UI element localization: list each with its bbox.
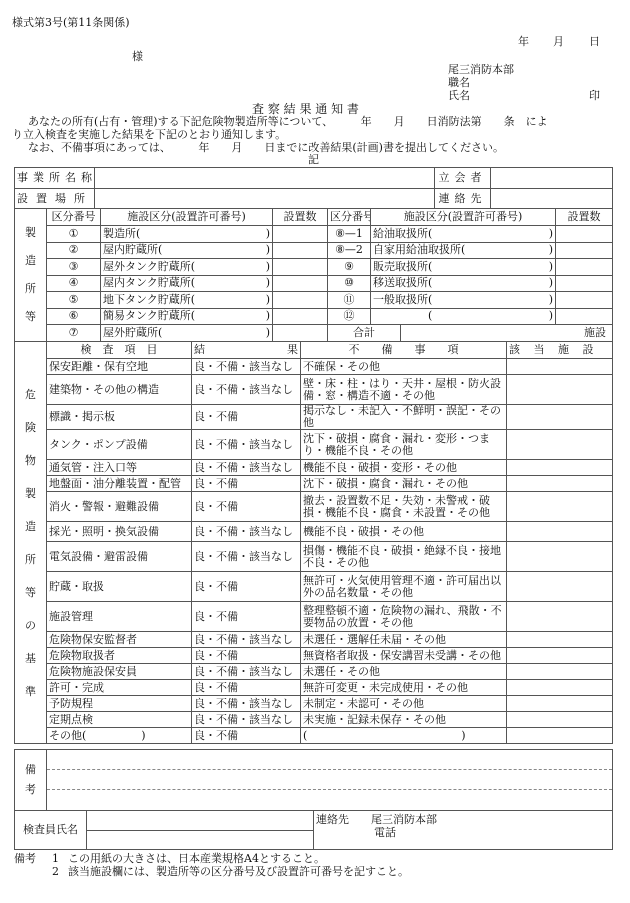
inspector-label: 検査員氏名 <box>15 811 87 850</box>
facility-name[interactable]: 自家用給油取扱所() <box>371 242 556 259</box>
defect-options[interactable]: 未選任・選解任未届・その他 <box>301 632 507 648</box>
facility-num: ⑫ <box>328 308 371 325</box>
col-defects-header: 不 備 事 項 <box>301 342 507 359</box>
col-num-header: 区分番号 <box>47 209 101 226</box>
total-unit: 施設 <box>584 326 606 339</box>
result-options[interactable]: 良・不備・該当なし <box>192 664 301 680</box>
col-name-header-right: 施設区分(設置許可番号) <box>371 209 556 226</box>
facility-num: ⑪ <box>328 292 371 309</box>
item-label: その他( ) <box>47 728 192 744</box>
defect-options[interactable]: 機能不良・破損・変形・その他 <box>301 460 507 476</box>
inspector-name-field-1[interactable] <box>87 811 314 831</box>
issuer-title-label: 職名 <box>448 76 470 89</box>
facility-name[interactable]: () <box>371 308 556 325</box>
body-line-1: あなたの所有(占有・管理)する下記危険物製造所等について、 年 月 日消防法第 … <box>28 115 548 128</box>
facility-field[interactable] <box>507 476 613 492</box>
remarks-label: 備考 <box>15 750 47 811</box>
facility-name[interactable]: 簡易タンク貯蔵所() <box>101 308 273 325</box>
facility-field[interactable] <box>507 522 613 542</box>
remarks-table: 備考 <box>14 749 613 811</box>
facility-count[interactable] <box>273 242 328 259</box>
note-num: 2 <box>52 865 59 878</box>
facility-count[interactable] <box>556 242 613 259</box>
inspection-table: 危険物製造所等の基準 検 査 項 目 結果 不 備 事 項 該 当 施 設 保安… <box>14 341 613 744</box>
result-options[interactable]: 良・不備・該当なし <box>192 712 301 728</box>
facility-field[interactable] <box>507 664 613 680</box>
facility-name[interactable]: 屋外貯蔵所() <box>101 325 273 342</box>
col-name-header: 施設区分(設置許可番号) <box>101 209 273 226</box>
result-options[interactable]: 良・不備・該当なし <box>192 460 301 476</box>
facility-field[interactable] <box>507 728 613 744</box>
defect-options[interactable]: 整理整頓不適・危険物の漏れ、飛散・不要物品の放置・その他 <box>301 602 507 632</box>
location-label: 設置場所 <box>15 189 95 209</box>
contact-org: 尾三消防本部 <box>371 813 437 826</box>
defect-options[interactable]: 機能不良・破損・その他 <box>301 522 507 542</box>
contact-label: 連絡先 <box>316 813 349 826</box>
facility-num: ④ <box>47 275 101 292</box>
total-field[interactable]: 施設 <box>401 325 613 342</box>
remarks-field[interactable] <box>47 750 613 811</box>
facility-num: ③ <box>47 259 101 276</box>
defect-options[interactable]: ( ) <box>301 728 507 744</box>
ki-label: 記 <box>308 153 319 166</box>
info-table: 事業所名称 立会者 設置場所 連絡先 <box>14 167 613 209</box>
facility-field[interactable] <box>507 648 613 664</box>
facility-name[interactable]: 地下タンク貯蔵所() <box>101 292 273 309</box>
facility-count[interactable] <box>556 226 613 243</box>
facility-count[interactable] <box>556 292 613 309</box>
col-result-header: 結果 <box>192 342 301 359</box>
result-options[interactable]: 良・不備 <box>192 648 301 664</box>
contact-label: 連絡先 <box>435 189 491 209</box>
defect-options[interactable]: 不確保・その他 <box>301 359 507 375</box>
seal-label: 印 <box>589 89 600 102</box>
body-line-2: り立入検査を実施した結果を下記のとおり通知します。 <box>12 128 286 141</box>
item-label: 危険物保安監督者 <box>47 632 192 648</box>
item-label: タンク・ポンプ設備 <box>47 430 192 460</box>
facility-count[interactable] <box>273 275 328 292</box>
facility-count[interactable] <box>273 308 328 325</box>
inspection-section-label: 危険物製造所等の基準 <box>15 342 47 744</box>
defect-options[interactable]: 無許可・火気使用管理不適・許可届出以外の品名数量・その他 <box>301 572 507 602</box>
facility-field[interactable] <box>507 542 613 572</box>
item-label: 危険物取扱者 <box>47 648 192 664</box>
item-label: 貯蔵・取扱 <box>47 572 192 602</box>
inspector-table: 検査員氏名 連絡先尾三消防本部 電話 <box>14 810 613 850</box>
facility-num: ⑧—2 <box>328 242 371 259</box>
facility-name[interactable]: 販売取扱所() <box>371 259 556 276</box>
item-label: 地盤面・油分離装置・配管 <box>47 476 192 492</box>
remarks-line <box>47 769 612 770</box>
facility-field[interactable] <box>507 712 613 728</box>
defect-options[interactable]: 撤去・設置数不足・失効・未警戒・破損・機能不良・腐食・未設置・その他 <box>301 492 507 522</box>
defect-options[interactable]: 損傷・機能不良・破損・絶縁不良・接地不良・その他 <box>301 542 507 572</box>
facility-field[interactable] <box>507 405 613 430</box>
item-label: 定期点検 <box>47 712 192 728</box>
remarks-line <box>47 789 612 790</box>
col-num-header-right: 区分番号 <box>328 209 371 226</box>
witness-field[interactable] <box>491 168 613 189</box>
result-options[interactable]: 良・不備 <box>192 405 301 430</box>
facility-count[interactable] <box>556 275 613 292</box>
contact-field[interactable] <box>491 189 613 209</box>
defect-options[interactable]: 壁・床・柱・はり・天井・屋根・防火設備・窓・構造不適・その他 <box>301 375 507 405</box>
item-label: 採光・照明・換気設備 <box>47 522 192 542</box>
item-label: 施設管理 <box>47 602 192 632</box>
facility-num: ⑩ <box>328 275 371 292</box>
recipient-suffix: 様 <box>132 50 143 63</box>
facilities-table: 製造所等 区分番号 施設区分(設置許可番号) 設置数 区分番号 施設区分(設置許… <box>14 208 613 342</box>
witness-label: 立会者 <box>435 168 491 189</box>
result-options[interactable]: 良・不備 <box>192 492 301 522</box>
facility-count[interactable] <box>273 259 328 276</box>
facility-name[interactable]: 移送取扱所() <box>371 275 556 292</box>
item-label: 危険物施設保安員 <box>47 664 192 680</box>
facility-field[interactable] <box>507 632 613 648</box>
item-label: 保安距離・保有空地 <box>47 359 192 375</box>
facility-num: ⑥ <box>47 308 101 325</box>
body-line-3: なお、不備事項にあっては、 年 月 日までに改善結果(計画)書を提出してください… <box>28 141 504 154</box>
facility-field[interactable] <box>507 572 613 602</box>
result-options[interactable]: 良・不備・該当なし <box>192 696 301 712</box>
facility-field[interactable] <box>507 492 613 522</box>
defect-options[interactable]: 未選任・その他 <box>301 664 507 680</box>
issuer-name-label: 氏名 <box>448 89 470 102</box>
result-options[interactable]: 良・不備 <box>192 680 301 696</box>
result-options[interactable]: 良・不備・該当なし <box>192 359 301 375</box>
defect-options[interactable]: 無許可変更・未完成使用・その他 <box>301 680 507 696</box>
result-options[interactable]: 良・不備・該当なし <box>192 522 301 542</box>
col-item-header: 検 査 項 目 <box>47 342 192 359</box>
facility-count[interactable] <box>556 259 613 276</box>
col-count-header-right: 設置数 <box>556 209 613 226</box>
note-text: 該当施設欄には、製造所等の区分番号及び設置許可番号を記すこと。 <box>68 865 409 878</box>
inspector-name-field-2[interactable] <box>87 831 314 850</box>
facility-field[interactable] <box>507 696 613 712</box>
col-count-header: 設置数 <box>273 209 328 226</box>
result-options[interactable]: 良・不備・該当なし <box>192 542 301 572</box>
facilities-section-label: 製造所等 <box>15 209 47 342</box>
facility-num: ⑤ <box>47 292 101 309</box>
issuer-org: 尾三消防本部 <box>448 63 514 76</box>
facility-name[interactable]: 屋内貯蔵所() <box>101 242 273 259</box>
date-year-label: 年 <box>518 35 529 48</box>
facility-num: ⑦ <box>47 325 101 342</box>
facility-count[interactable] <box>273 325 328 342</box>
phone-label: 電話 <box>374 826 396 839</box>
item-label: 電気設備・避雷設備 <box>47 542 192 572</box>
result-options[interactable]: 良・不備・該当なし <box>192 632 301 648</box>
facility-name[interactable]: 一般取扱所() <box>371 292 556 309</box>
result-options[interactable]: 良・不備 <box>192 572 301 602</box>
date-month-label: 月 <box>553 35 564 48</box>
defect-options[interactable]: 無資格者取扱・保安講習未受講・その他 <box>301 648 507 664</box>
defect-options[interactable]: 沈下・破損・腐食・漏れ・その他 <box>301 476 507 492</box>
facility-field[interactable] <box>507 602 613 632</box>
facility-num: ② <box>47 242 101 259</box>
business-name-field[interactable] <box>95 168 435 189</box>
facility-name[interactable]: 製造所() <box>101 226 273 243</box>
note-num: 1 <box>52 852 59 865</box>
item-label: 予防規程 <box>47 696 192 712</box>
defect-options[interactable]: 沈下・破損・腐食・漏れ・変形・つまり・機能不良・その他 <box>301 430 507 460</box>
result-options[interactable]: 良・不備・該当なし <box>192 375 301 405</box>
facility-count[interactable] <box>273 292 328 309</box>
result-options[interactable]: 良・不備 <box>192 602 301 632</box>
result-options[interactable]: 良・不備・該当なし <box>192 430 301 460</box>
facility-field[interactable] <box>507 460 613 476</box>
facility-field[interactable] <box>507 375 613 405</box>
facility-name[interactable]: 屋内タンク貯蔵所() <box>101 275 273 292</box>
facility-count[interactable] <box>273 226 328 243</box>
facility-count[interactable] <box>556 308 613 325</box>
facility-name[interactable]: 屋外タンク貯蔵所() <box>101 259 273 276</box>
item-label: 許可・完成 <box>47 680 192 696</box>
item-label: 通気管・注入口等 <box>47 460 192 476</box>
facility-num: ⑨ <box>328 259 371 276</box>
date-day-label: 日 <box>589 35 600 48</box>
location-field[interactable] <box>95 189 435 209</box>
total-label: 合計 <box>328 325 401 342</box>
notes-label: 備考 <box>14 852 36 865</box>
business-name-label: 事業所名称 <box>15 168 95 189</box>
facility-field[interactable] <box>507 680 613 696</box>
note-text: この用紙の大きさは、日本産業規格A4とすること。 <box>68 852 325 865</box>
defect-options[interactable]: 未実施・記録未保存・その他 <box>301 712 507 728</box>
facility-field[interactable] <box>507 430 613 460</box>
facility-num: ⑧—1 <box>328 226 371 243</box>
result-options[interactable]: 良・不備 <box>192 728 301 744</box>
item-label: 建築物・その他の構造 <box>47 375 192 405</box>
item-label: 標識・掲示板 <box>47 405 192 430</box>
defect-options[interactable]: 掲示なし・未記入・不鮮明・誤記・その他 <box>301 405 507 430</box>
facility-num: ① <box>47 226 101 243</box>
facility-name[interactable]: 給油取扱所() <box>371 226 556 243</box>
result-options[interactable]: 良・不備 <box>192 476 301 492</box>
item-label: 消火・警報・避難設備 <box>47 492 192 522</box>
col-facility-header: 該 当 施 設 <box>507 342 613 359</box>
defect-options[interactable]: 未制定・未認可・その他 <box>301 696 507 712</box>
facility-field[interactable] <box>507 359 613 375</box>
inspector-contact: 連絡先尾三消防本部 電話 <box>314 811 613 850</box>
form-number: 様式第3号(第11条関係) <box>12 16 130 29</box>
